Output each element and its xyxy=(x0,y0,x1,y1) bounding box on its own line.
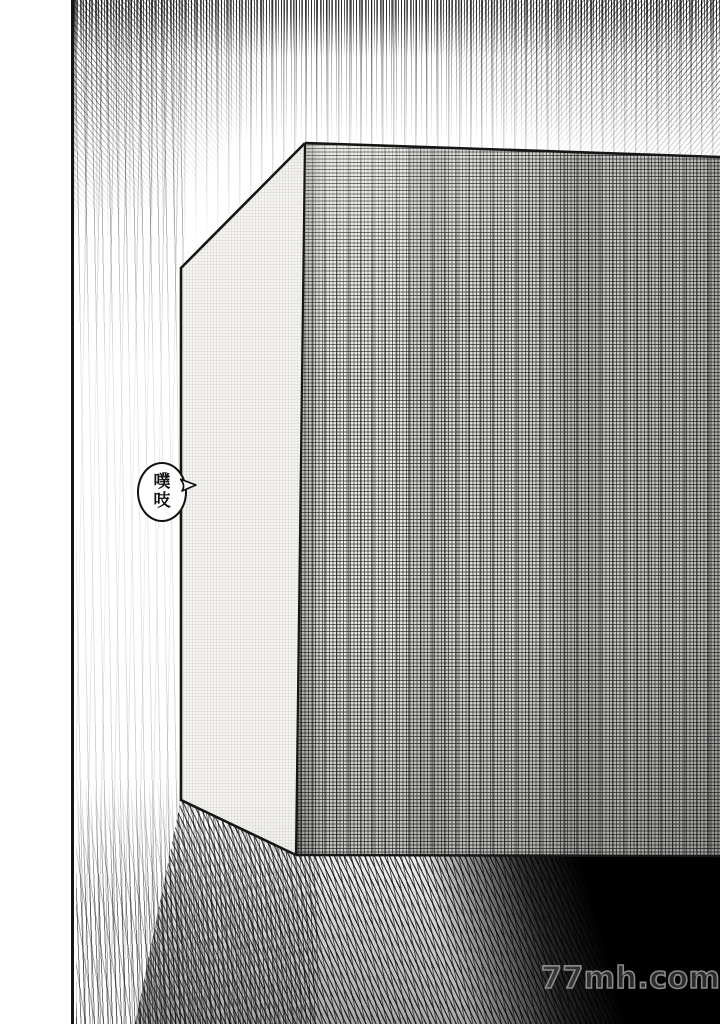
speech-bubble-tail xyxy=(180,477,198,493)
speech-bubble-char-1: 噗 xyxy=(154,473,171,492)
cube-outline xyxy=(0,0,720,1024)
speech-bubble-char-2: 吱 xyxy=(154,492,171,511)
manga-page: 噗 吱 77mh.com xyxy=(0,0,720,1024)
watermark: 77mh.com xyxy=(541,961,720,996)
